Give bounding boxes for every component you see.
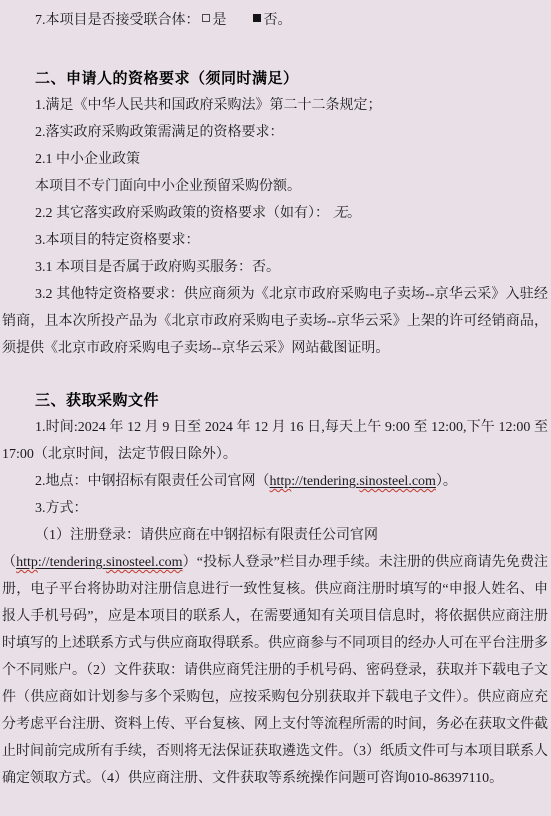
section2-item2-2: 2.2 其它落实政府采购政策的资格要求（如有）：无。 [2, 200, 548, 227]
checkbox-no-checked-icon[interactable] [253, 14, 261, 22]
url-host-text: ://tendering. [291, 474, 359, 489]
procurement-notice-document: 7.本项目是否接受联合体：是否。 二、申请人的资格要求（须同时满足） 1.满足《… [0, 0, 551, 792]
section3-location-item: 2.地点：中钢招标有限责任公司官网（http://tendering.sinos… [2, 468, 548, 495]
checkbox-yes-unchecked-icon[interactable] [202, 14, 210, 22]
url2-scheme-text: http [16, 555, 38, 570]
tendering-site-link-2[interactable]: http://tendering.sinosteel.com [16, 555, 182, 570]
section2-item1: 1.满足《中华人民共和国政府采购法》第二十二条规定； [2, 92, 548, 119]
section2-item3-1: 3.1 本项目是否属于政府购买服务：否。 [2, 254, 548, 281]
url2-domain-text: sinosteel.com [106, 555, 183, 570]
location-suffix-text: ）。 [436, 474, 457, 489]
item2-2-period: 。 [347, 206, 361, 221]
tendering-site-link[interactable]: http://tendering.sinosteel.com [270, 474, 436, 489]
item2-2-text: 2.2 其它落实政府采购政策的资格要求（如有）： [35, 206, 329, 221]
location-text: 2.地点：中钢招标有限责任公司官网（ [35, 474, 270, 489]
joint-venture-question-text: 7.本项目是否接受联合体： [35, 13, 200, 28]
section2-item2: 2.落实政府采购政策需满足的资格要求： [2, 119, 548, 146]
section2-heading: 二、申请人的资格要求（须同时满足） [2, 65, 548, 92]
section3-method-step1: （1）注册登录：请供应商在中钢招标有限责任公司官网 [2, 522, 548, 549]
section2-item3: 3.本项目的特定资格要求： [2, 227, 548, 254]
section3-heading: 三、获取采购文件 [2, 387, 548, 414]
joint-venture-no-label: 否。 [264, 13, 292, 28]
section3-time-item: 1.时间:2024 年 12 月 9 日至 2024 年 12 月 16 日,每… [2, 414, 548, 468]
section2-item3-2: 3.2 其他特定资格要求：供应商须为《北京市政府采购电子卖场--京华云采》入驻经… [2, 281, 548, 362]
method-paren-open: （ [2, 555, 16, 570]
method-paren-close: ） [183, 555, 197, 570]
section3-method-label: 3.方式： [2, 495, 548, 522]
joint-venture-yes-label: 是 [213, 13, 227, 28]
method-details-text: “投标人登录”栏目办理手续。未注册的供应商请先免费注册，电子平台将协助对注册信息… [2, 555, 548, 786]
section2-item2-1: 2.1 中小企业政策 [2, 146, 548, 173]
section2-item2-1-note: 本项目不专门面向中小企业预留采购份额。 [2, 173, 548, 200]
url-scheme-text: http [270, 474, 292, 489]
url-domain-text: sinosteel.com [359, 474, 436, 489]
section3-method-details: （http://tendering.sinosteel.com）“投标人登录”栏… [2, 549, 548, 792]
joint-venture-line: 7.本项目是否接受联合体：是否。 [2, 7, 548, 34]
url2-host-text: ://tendering. [38, 555, 106, 570]
item2-2-none-value: 无 [329, 206, 347, 221]
